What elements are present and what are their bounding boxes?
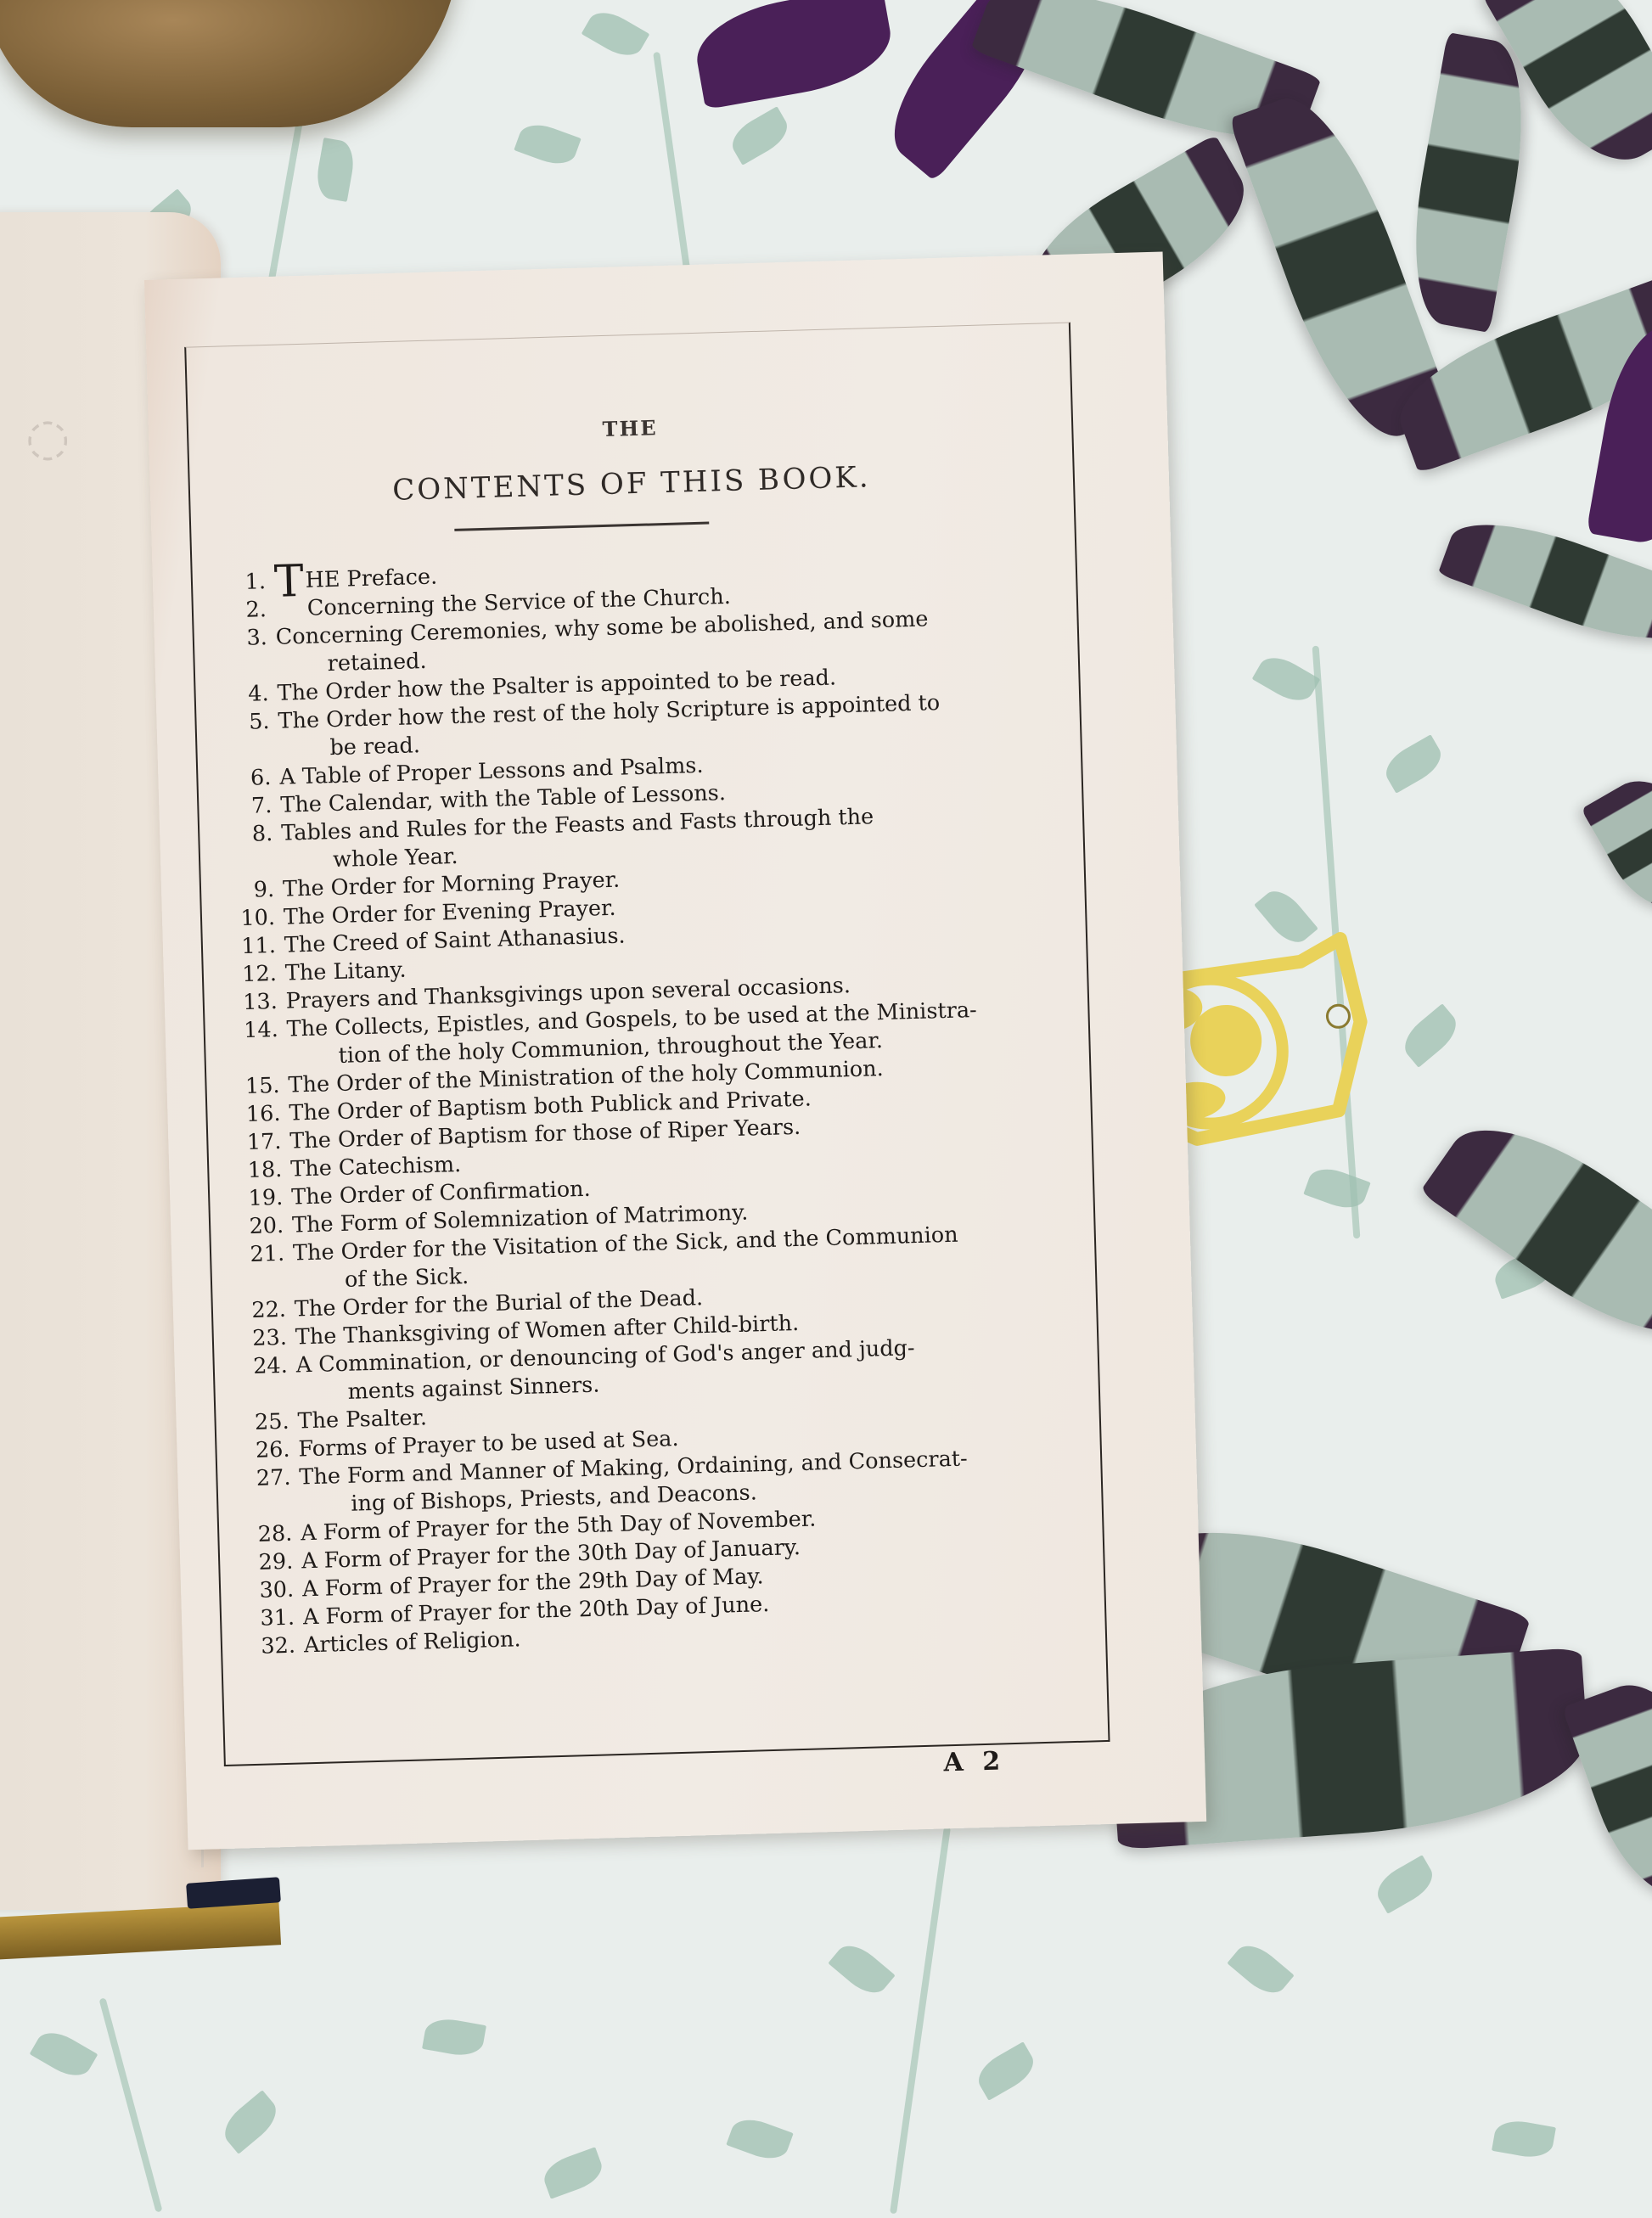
item-number: 16. <box>233 1100 289 1130</box>
item-title-text: HE Preface. <box>305 564 437 593</box>
vine-leaf <box>1252 649 1321 709</box>
heading-small: THE <box>188 404 1071 453</box>
item-number: 18. <box>234 1156 291 1186</box>
vine-leaf <box>1379 734 1448 794</box>
contents-list: 1. THE Preface. 2. Concerning the Servic… <box>218 546 1098 1661</box>
show-through-text: ◌ <box>25 407 73 467</box>
item-number: 8. <box>225 820 283 878</box>
book-right-page: THE CONTENTS OF THIS BOOK. 1. THE Prefac… <box>144 251 1206 1850</box>
item-number: 24. <box>239 1352 297 1410</box>
vine-leaf <box>1492 2117 1556 2161</box>
vine-leaf <box>30 2024 98 2084</box>
item-title-text: The Catechism. <box>290 1152 462 1182</box>
item-number: 9. <box>227 876 284 906</box>
page-border-frame: THE CONTENTS OF THIS BOOK. 1. THE Prefac… <box>184 323 1110 1766</box>
item-number: 20. <box>236 1212 293 1242</box>
vine-leaf <box>726 2113 793 2165</box>
item-number: 4. <box>221 680 278 710</box>
item-number: 21. <box>237 1240 295 1298</box>
item-number: 19. <box>235 1184 292 1214</box>
vine-leaf <box>514 118 581 171</box>
item-title-text: The Litany. <box>284 957 407 986</box>
item-number: 26. <box>242 1435 299 1465</box>
vine-leaf <box>726 106 795 166</box>
item-number: 27. <box>243 1463 301 1521</box>
item-number: 25. <box>241 1407 298 1437</box>
item-number: 11. <box>228 932 285 962</box>
item-number: 12. <box>228 960 285 990</box>
vine-leaf <box>422 2015 486 2059</box>
item-number: 32. <box>248 1631 305 1661</box>
item-title-text: The Psalter. <box>297 1405 427 1434</box>
page-title: CONTENTS OF THIS BOOK. <box>190 455 1074 514</box>
item-number: 22. <box>239 1296 295 1326</box>
item-number: 7. <box>224 792 281 822</box>
vine-leaf <box>313 138 357 202</box>
vine-leaf <box>1371 1855 1440 1914</box>
vine-leaf <box>1396 1003 1464 1068</box>
item-title-text: Articles of Religion. <box>304 1626 521 1658</box>
item-number: 30. <box>246 1575 303 1605</box>
item-number: 1. <box>218 568 275 598</box>
signature-mark: A 2 <box>943 1746 1006 1777</box>
item-number: 23. <box>239 1324 295 1354</box>
vine-leaf <box>972 2041 1041 2101</box>
item-number: 17. <box>233 1128 290 1158</box>
vine-leaf <box>828 1937 895 2002</box>
vine-stem <box>98 1997 162 2212</box>
vine-leaf <box>582 4 650 64</box>
drop-cap: T <box>274 569 305 595</box>
title-rule-divider <box>454 522 709 531</box>
vine-leaf <box>216 2090 284 2154</box>
item-number: 2. <box>218 596 275 626</box>
vine-leaf <box>1303 1162 1370 1215</box>
vine-leaf <box>539 2147 606 2199</box>
item-number: 10. <box>228 904 284 934</box>
item-number: 29. <box>245 1547 302 1577</box>
item-number: 5. <box>222 708 279 766</box>
item-number: 31. <box>247 1603 304 1633</box>
item-number: 3. <box>219 624 277 682</box>
vine-stem <box>890 1827 951 2215</box>
vine-leaf <box>1227 1937 1294 2002</box>
item-number: 14. <box>230 1016 288 1074</box>
item-number: 6. <box>223 764 280 794</box>
item-number: 15. <box>232 1072 289 1102</box>
item-number: 28. <box>244 1519 301 1549</box>
item-number: 13. <box>229 988 286 1018</box>
